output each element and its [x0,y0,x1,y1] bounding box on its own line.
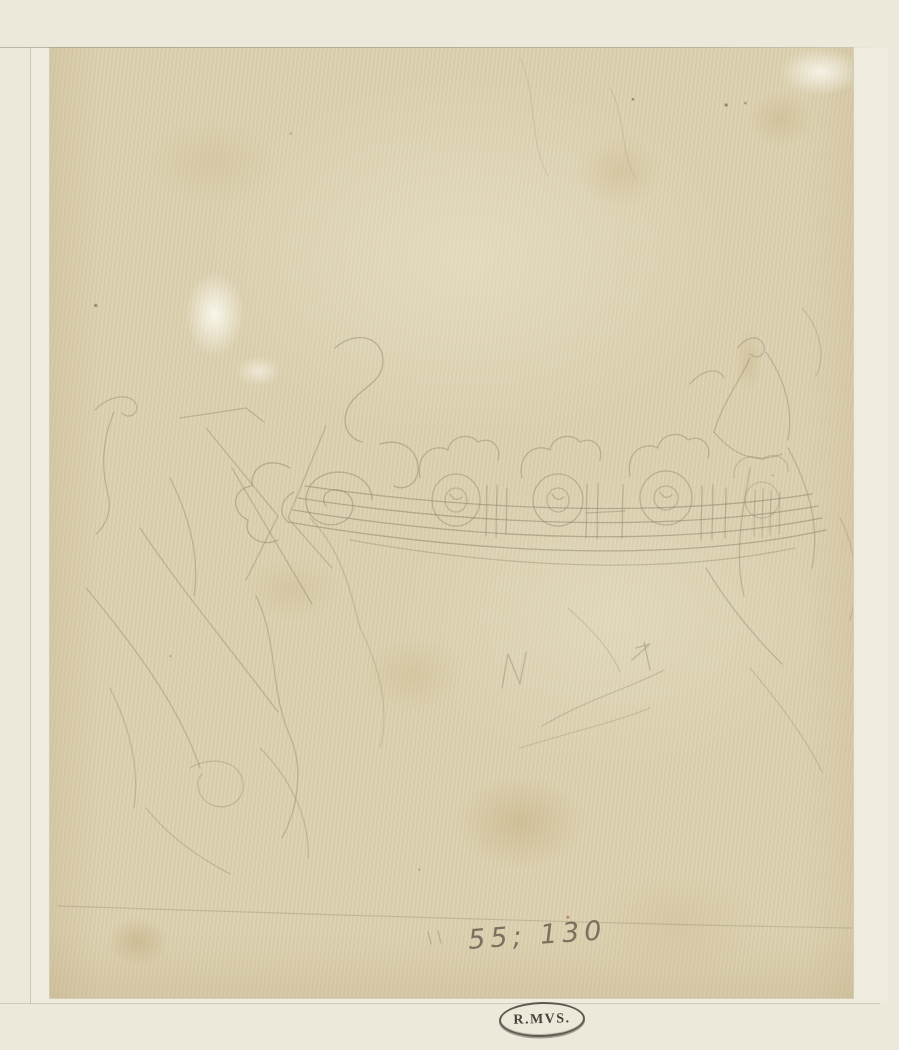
sketch-middle-marks [502,608,664,748]
sketch-scrolls [236,338,419,543]
drawing-sheet [50,48,853,998]
mat-cut-line-left [30,47,31,1004]
sketch-lowerleft [110,688,308,874]
artwork-scan: 55; 130 R.MVS. [0,0,899,1050]
mat-cut-line-bottom [0,1003,880,1004]
sketch-left-figures [86,397,384,838]
sketch-bottom-line [58,58,852,944]
sketch-lines-svg [50,48,853,998]
stamp-text: R.MVS. [513,1011,571,1028]
sketch-balusters [486,483,780,540]
collection-stamp: R.MVS. [499,1001,586,1038]
